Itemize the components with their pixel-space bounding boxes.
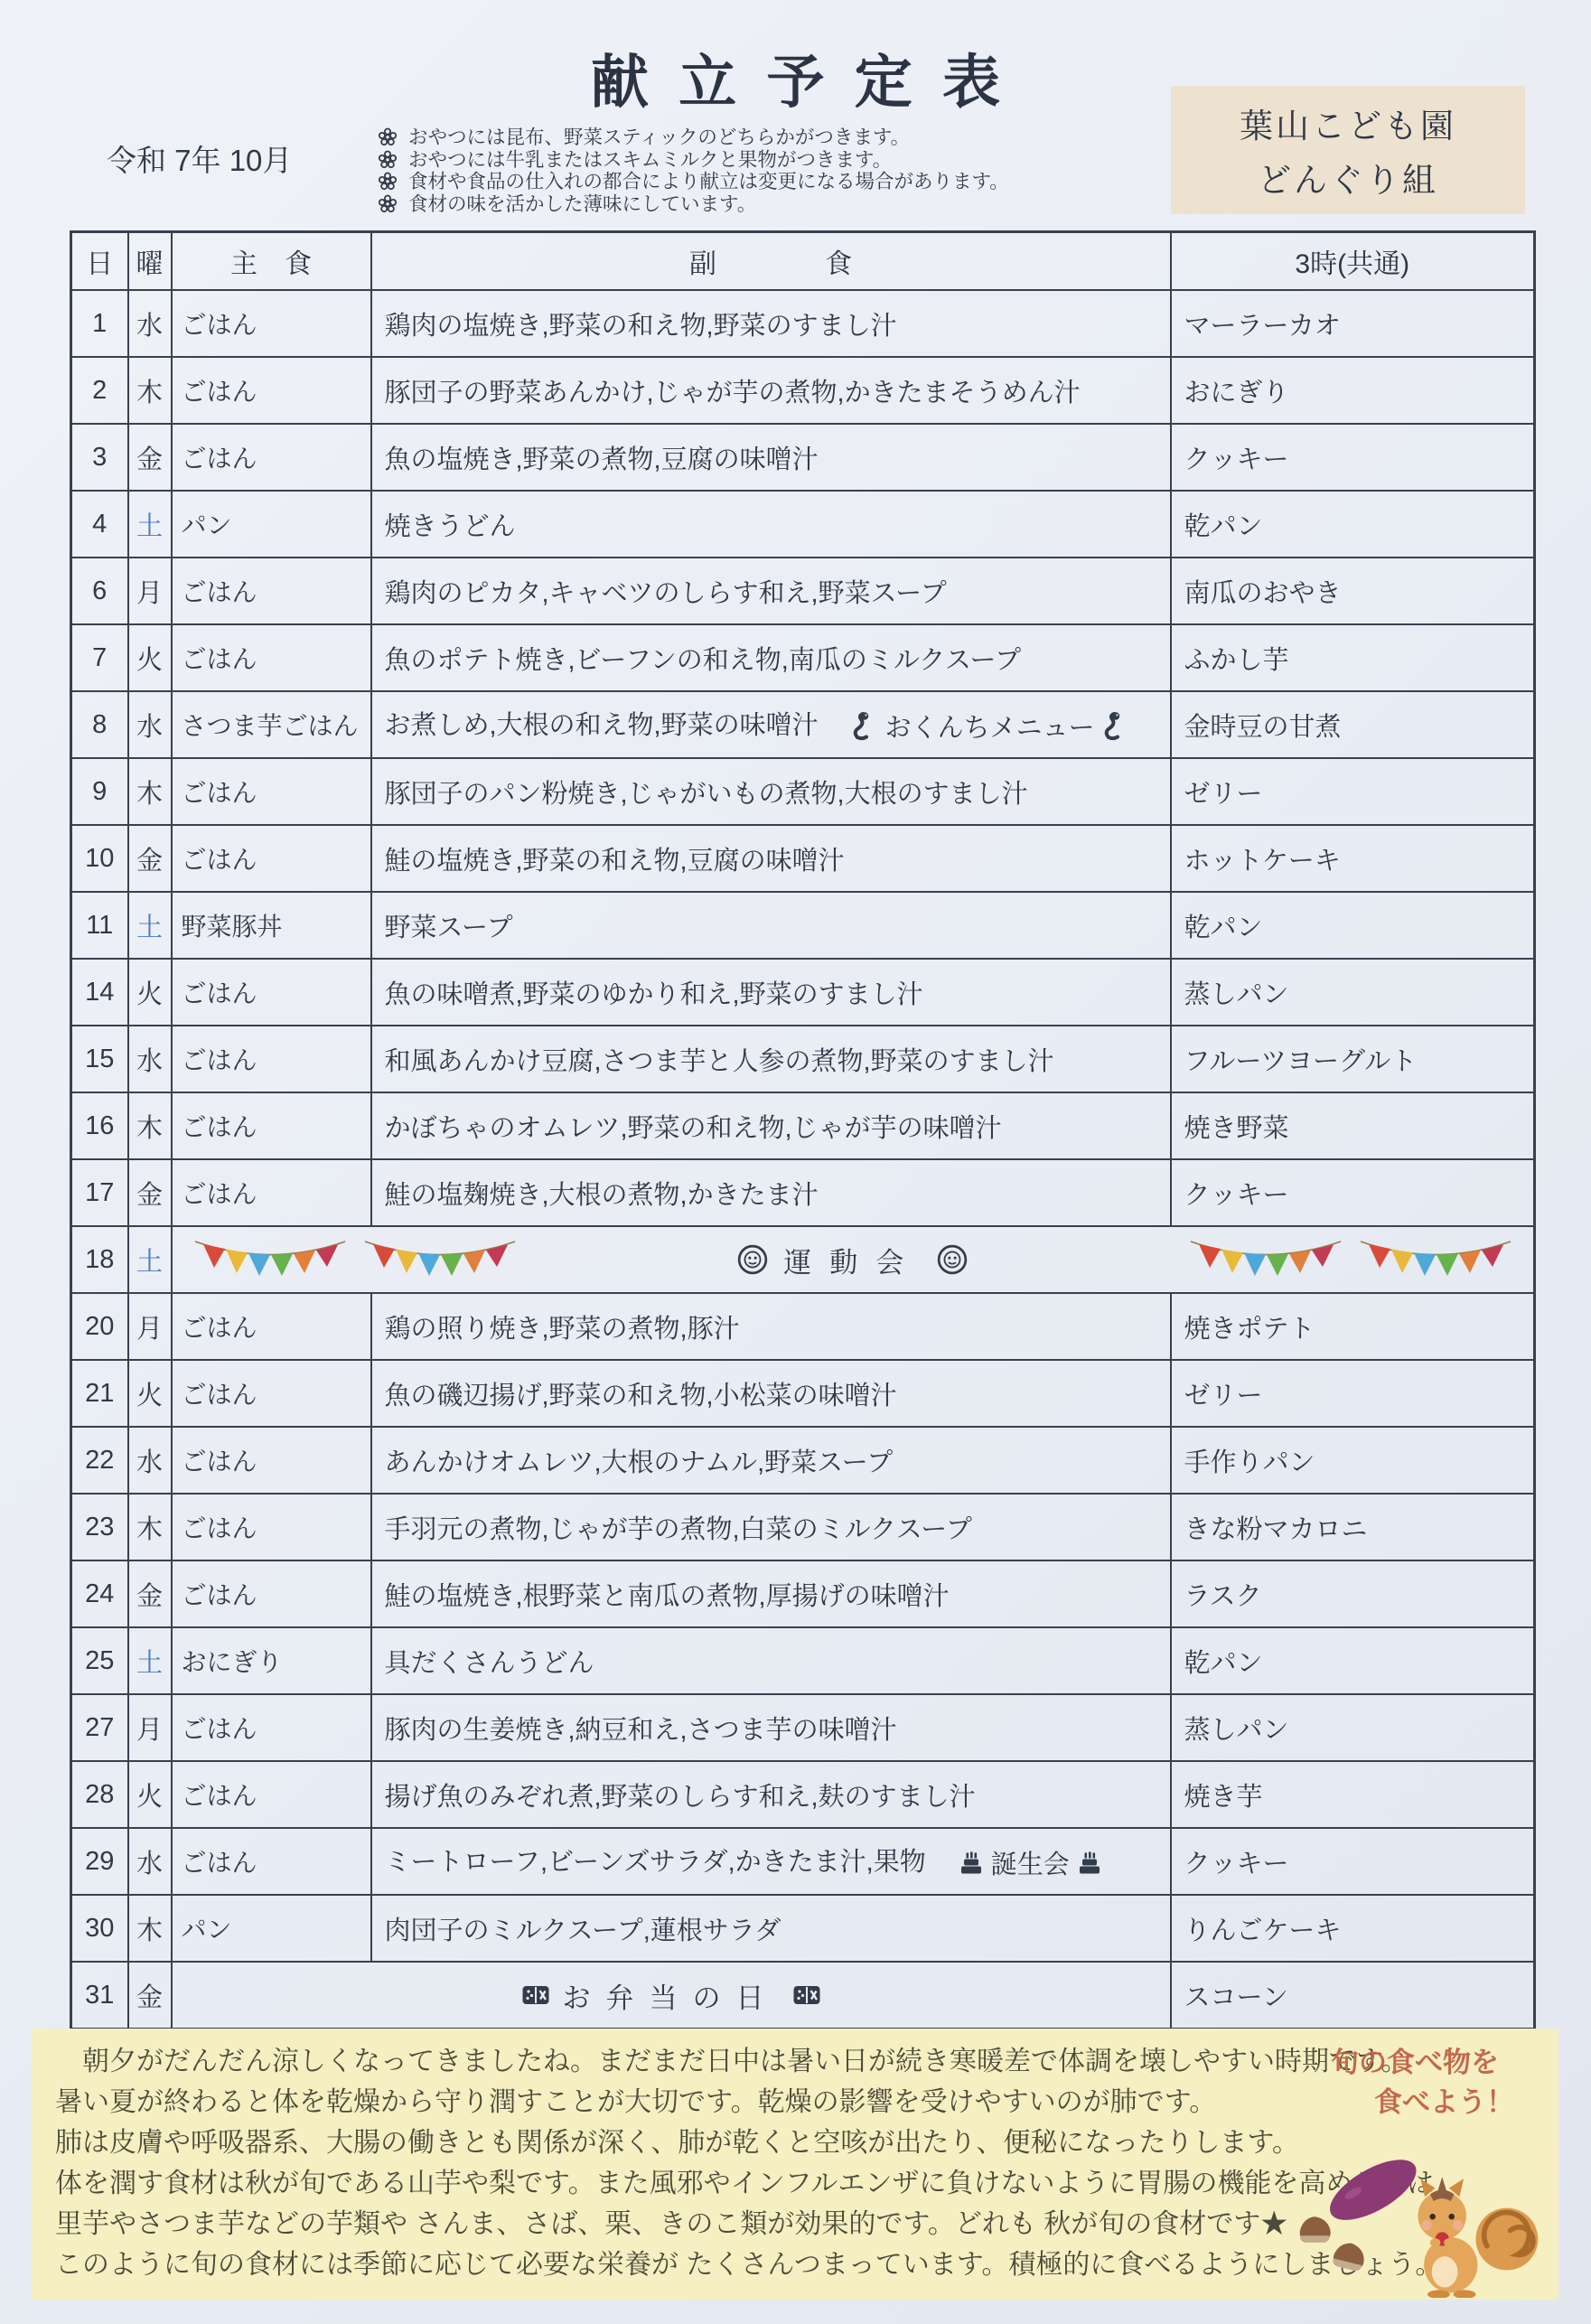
staple-cell: ごはん [172, 1560, 371, 1627]
weekday-cell: 木 [128, 357, 172, 424]
day-cell: 30 [71, 1895, 128, 1962]
table-row: 20月ごはん鶏の照り焼き,野菜の煮物,豚汁焼きポテト [71, 1293, 1535, 1360]
table-row: 21火ごはん魚の磯辺揚げ,野菜の和え物,小松菜の味噌汁ゼリー [71, 1360, 1535, 1427]
footer-line: 朝夕がだんだん涼しくなってきましたね。まだまだ日中は暑い日が続き寒暖差で体調を壊… [55, 2041, 1442, 2082]
menu-table: 日 曜 主 食 副 食 3時(共通) 1水ごはん鶏肉の塩焼き,野菜の和え物,野菜… [70, 230, 1536, 2030]
snack-cell: ラスク [1171, 1560, 1535, 1627]
snack-cell: クッキー [1171, 1828, 1535, 1895]
day-cell: 22 [71, 1427, 128, 1494]
table-row: 18土運動会 [71, 1226, 1535, 1293]
weekday-cell: 金 [128, 825, 172, 892]
weekday-cell: 木 [128, 758, 172, 825]
footer-line: 暑い夏が終わると体を乾燥から守り潤すことが大切です。乾燥の影響を受けやすいのが肺… [55, 2082, 1442, 2123]
table-row: 22水ごはんあんかけオムレツ,大根のナムル,野菜スープ手作りパン [71, 1427, 1535, 1494]
day-cell: 7 [71, 624, 128, 691]
side-text: 豚団子の野菜あんかけ,じゃが芋の煮物,かきたまそうめん汁 [385, 379, 1081, 408]
snack-cell: きな粉マカロニ [1171, 1494, 1535, 1560]
weekday-cell: 火 [128, 959, 172, 1026]
side-cell: お煮しめ,大根の和え物,野菜の味噌汁おくんちメニュー [371, 691, 1171, 758]
side-text: 野菜スープ [385, 914, 513, 942]
side-text: 魚のポテト焼き,ビーフンの和え物,南瓜のミルクスープ [385, 646, 1022, 675]
table-row: 4土パン焼きうどん乾パン [71, 491, 1535, 558]
table-row: 29水ごはんミートローフ,ビーンズサラダ,かきたま汁,果物誕生会クッキー [71, 1828, 1535, 1895]
snack-cell: 焼きポテト [1171, 1293, 1535, 1360]
staple-cell: ごはん [172, 825, 371, 892]
seasonal-callout: 旬の食べ物を 食べよう！ [1331, 2043, 1514, 2123]
autumn-illustration [1268, 2142, 1548, 2298]
flower-icon [378, 172, 398, 192]
snack-cell: ゼリー [1171, 1360, 1535, 1427]
table-row: 6月ごはん鶏肉のピカタ,キャベツのしらす和え,野菜スープ南瓜のおやき [71, 558, 1535, 624]
table-row: 10金ごはん鮭の塩焼き,野菜の和え物,豆腐の味噌汁ホットケーキ [71, 825, 1535, 892]
side-text: 鶏肉の塩焼き,野菜の和え物,野菜のすまし汁 [385, 312, 897, 341]
side-cell: 揚げ魚のみぞれ煮,野菜のしらす和え,麸のすまし汁 [371, 1761, 1171, 1828]
footer-line: 肺は皮膚や呼吸器系、大腸の働きとも関係が深く、肺が乾くと空咳が出たり、便秘になっ… [55, 2123, 1442, 2163]
staple-cell: ごはん [172, 959, 371, 1026]
day-cell: 16 [71, 1092, 128, 1159]
table-row: 27月ごはん豚肉の生姜焼き,納豆和え,さつま芋の味噌汁蒸しパン [71, 1694, 1535, 1761]
squirrel-illustration [1418, 2177, 1538, 2298]
header-row: 日 曜 主 食 副 食 3時(共通) [71, 232, 1535, 291]
menu-sheet: 献立予定表 令和 7年 10月 おやつには昆布、野菜スティックのどちらかがつきま… [0, 0, 1591, 2324]
snack-cell: 蒸しパン [1171, 1694, 1535, 1761]
staple-cell: ごはん [172, 758, 371, 825]
weekday-cell: 火 [128, 1761, 172, 1828]
day-cell: 3 [71, 424, 128, 491]
weekday-cell: 土 [128, 491, 172, 558]
side-cell: かぼちゃのオムレツ,野菜の和え物,じゃが芋の味噌汁 [371, 1092, 1171, 1159]
autumn-illustration [1268, 2142, 1548, 2298]
staple-cell: ごはん [172, 1360, 371, 1427]
note-item: 食材や食品の仕入れの都合により献立は変更になる場合があります。 [378, 171, 1009, 193]
table-row: 17金ごはん鮭の塩麹焼き,大根の煮物,かきたま汁クッキー [71, 1159, 1535, 1226]
day-cell: 29 [71, 1828, 128, 1895]
table-row: 31金お弁当の日スコーン [71, 1962, 1535, 2029]
day-cell: 9 [71, 758, 128, 825]
snack-cell: 乾パン [1171, 1627, 1535, 1694]
staple-cell: ごはん [172, 1092, 371, 1159]
birthday-cake-icon [1077, 1851, 1102, 1876]
sports-day-label: 運動会 [736, 1240, 969, 1280]
chestnut-illustration [1300, 2216, 1331, 2243]
event-text: 誕生会 [991, 1844, 1070, 1881]
side-cell: 魚の塩焼き,野菜の煮物,豆腐の味噌汁 [371, 424, 1171, 491]
snack-cell: 金時豆の甘煮 [1171, 691, 1535, 758]
table-row: 3金ごはん魚の塩焼き,野菜の煮物,豆腐の味噌汁クッキー [71, 424, 1535, 491]
sports-day-cell: 運動会 [172, 1226, 1535, 1293]
staple-cell: ごはん [172, 1026, 371, 1092]
table-row: 16木ごはんかぼちゃのオムレツ,野菜の和え物,じゃが芋の味噌汁焼き野菜 [71, 1092, 1535, 1159]
weekday-cell: 水 [128, 1026, 172, 1092]
side-cell: 鶏肉の塩焼き,野菜の和え物,野菜のすまし汁 [371, 290, 1171, 357]
weekday-cell: 月 [128, 558, 172, 624]
header-snack: 3時(共通) [1171, 232, 1535, 291]
side-text: 肉団子のミルクスープ,蓮根サラダ [385, 1916, 781, 1945]
table-row: 14火ごはん魚の味噌煮,野菜のゆかり和え,野菜のすまし汁蒸しパン [71, 959, 1535, 1026]
side-text: 豚団子のパン粉焼き,じゃがいもの煮物,大根のすまし汁 [385, 780, 1028, 809]
bento-day-cell: お弁当の日 [172, 1962, 1171, 2029]
snack-cell: おにぎり [1171, 357, 1535, 424]
staple-cell: ごはん [172, 290, 371, 357]
header-staple: 主 食 [172, 232, 371, 291]
table-row: 11土野菜豚丼野菜スープ乾パン [71, 892, 1535, 959]
snack-cell: マーラーカオ [1171, 290, 1535, 357]
side-text: 揚げ魚のみぞれ煮,野菜のしらす和え,麸のすまし汁 [385, 1783, 976, 1812]
staple-cell: ごはん [172, 1293, 371, 1360]
day-cell: 21 [71, 1360, 128, 1427]
side-text: 手羽元の煮物,じゃが芋の煮物,白菜のミルクスープ [385, 1515, 972, 1544]
day-cell: 14 [71, 959, 128, 1026]
note-text: おやつには昆布、野菜スティックのどちらかがつきます。 [408, 127, 910, 149]
snack-cell: 乾パン [1171, 491, 1535, 558]
table-row: 9木ごはん豚団子のパン粉焼き,じゃがいもの煮物,大根のすまし汁ゼリー [71, 758, 1535, 825]
event-label: おくんちメニュー [851, 708, 1129, 745]
header-side: 副 食 [371, 232, 1171, 291]
snack-cell: 乾パン [1171, 892, 1535, 959]
note-text: 食材の味を活かした薄味にしています。 [408, 193, 756, 216]
callout-line1: 旬の食べ物を [1331, 2043, 1514, 2083]
garland-group-right [1188, 1237, 1513, 1282]
header-weekday: 曜 [128, 232, 172, 291]
weekday-cell: 火 [128, 624, 172, 691]
sports-badge-icon [936, 1243, 969, 1276]
snack-cell: 蒸しパン [1171, 959, 1535, 1026]
snack-cell: 焼き野菜 [1171, 1092, 1535, 1159]
table-row: 24金ごはん鮭の塩焼き,根野菜と南瓜の煮物,厚揚げの味噌汁ラスク [71, 1560, 1535, 1627]
day-cell: 6 [71, 558, 128, 624]
org-name: 葉山こども園 [1240, 98, 1456, 147]
bento-box-icon [521, 1983, 550, 2007]
day-cell: 1 [71, 290, 128, 357]
footer-line: このように旬の食材には季節に応じて必要な栄養が たくさんつまっています。積極的に… [55, 2244, 1442, 2285]
date-label: 令和 7年 10月 [107, 137, 292, 180]
staple-cell: ごはん [172, 1159, 371, 1226]
side-cell: 手羽元の煮物,じゃが芋の煮物,白菜のミルクスープ [371, 1494, 1171, 1560]
weekday-cell: 金 [128, 1962, 172, 2029]
weekday-cell: 土 [128, 892, 172, 959]
side-cell: 魚のポテト焼き,ビーフンの和え物,南瓜のミルクスープ [371, 624, 1171, 691]
bento-day-text: お弁当の日 [563, 1975, 780, 2016]
weekday-cell: 水 [128, 1427, 172, 1494]
flower-icon [378, 150, 398, 170]
table-row: 2木ごはん豚団子の野菜あんかけ,じゃが芋の煮物,かきたまそうめん汁おにぎり [71, 357, 1535, 424]
day-cell: 28 [71, 1761, 128, 1828]
staple-cell: 野菜豚丼 [172, 892, 371, 959]
staple-cell: おにぎり [172, 1627, 371, 1694]
side-text: 具だくさんうどん [385, 1649, 594, 1678]
bunting-garland-icon [1188, 1237, 1343, 1282]
staple-cell: パン [172, 491, 371, 558]
side-text: かぼちゃのオムレツ,野菜の和え物,じゃが芋の味噌汁 [385, 1114, 1002, 1143]
org-box: 葉山こども園 どんぐり組 [1171, 86, 1525, 214]
side-text: 魚の塩焼き,野菜の煮物,豆腐の味噌汁 [385, 445, 819, 474]
side-cell: 肉団子のミルクスープ,蓮根サラダ [371, 1895, 1171, 1962]
side-text: 鶏肉のピカタ,キャベツのしらす和え,野菜スープ [385, 579, 947, 608]
table-row: 8水さつま芋ごはんお煮しめ,大根の和え物,野菜の味噌汁おくんちメニュー金時豆の甘… [71, 691, 1535, 758]
side-cell: ミートローフ,ビーンズサラダ,かきたま汁,果物誕生会 [371, 1828, 1171, 1895]
staple-cell: ごはん [172, 624, 371, 691]
weekday-cell: 水 [128, 1828, 172, 1895]
footer-line: 里芋やさつま芋などの芋類や さんま、さば、栗、きのこ類が効果的です。どれも 秋が… [55, 2204, 1442, 2244]
table-row: 1水ごはん鶏肉の塩焼き,野菜の和え物,野菜のすまし汁マーラーカオ [71, 290, 1535, 357]
side-cell: 鶏肉のピカタ,キャベツのしらす和え,野菜スープ [371, 558, 1171, 624]
sports-badge-icon [736, 1243, 769, 1276]
staple-cell: ごはん [172, 1494, 371, 1560]
snack-cell: クッキー [1171, 1159, 1535, 1226]
garland-group-left [192, 1237, 518, 1282]
weekday-cell: 金 [128, 424, 172, 491]
snack-cell: フルーツヨーグルト [1171, 1026, 1535, 1092]
side-cell: 魚の磯辺揚げ,野菜の和え物,小松菜の味噌汁 [371, 1360, 1171, 1427]
staple-cell: ごはん [172, 1761, 371, 1828]
side-cell: 鮭の塩麹焼き,大根の煮物,かきたま汁 [371, 1159, 1171, 1226]
note-item: 食材の味を活かした薄味にしています。 [378, 193, 1009, 216]
weekday-cell: 月 [128, 1694, 172, 1761]
day-cell: 25 [71, 1627, 128, 1694]
snack-cell: 焼き芋 [1171, 1761, 1535, 1828]
snack-cell: ゼリー [1171, 758, 1535, 825]
day-cell: 23 [71, 1494, 128, 1560]
bento-day-inner: お弁当の日 [192, 1975, 1150, 2016]
staple-cell: ごはん [172, 357, 371, 424]
event-label: 誕生会 [959, 1844, 1102, 1881]
weekday-cell: 土 [128, 1226, 172, 1293]
snack-cell: クッキー [1171, 424, 1535, 491]
staple-cell: ごはん [172, 558, 371, 624]
notes-list: おやつには昆布、野菜スティックのどちらかがつきます。おやつには牛乳またはスキムミ… [378, 127, 1009, 215]
weekday-cell: 月 [128, 1293, 172, 1360]
weekday-cell: 水 [128, 691, 172, 758]
side-text: 魚の味噌煮,野菜のゆかり和え,野菜のすまし汁 [385, 980, 923, 1009]
side-text: 焼きうどん [385, 512, 516, 541]
snack-cell: りんごケーキ [1171, 1895, 1535, 1962]
table-row: 15水ごはん和風あんかけ豆腐,さつま芋と人参の煮物,野菜のすまし汁フルーツヨーグ… [71, 1026, 1535, 1092]
table-row: 23木ごはん手羽元の煮物,じゃが芋の煮物,白菜のミルクスープきな粉マカロニ [71, 1494, 1535, 1560]
side-cell: あんかけオムレツ,大根のナムル,野菜スープ [371, 1427, 1171, 1494]
day-cell: 18 [71, 1226, 128, 1293]
side-text: 魚の磯辺揚げ,野菜の和え物,小松菜の味噌汁 [385, 1382, 897, 1410]
footer-line: 体を潤す食材は秋が旬である山芋や梨です。また風邪やインフルエンザに負けないように… [55, 2163, 1442, 2204]
note-text: おやつには牛乳またはスキムミルクと果物がつきます。 [408, 149, 892, 172]
snack-cell: ホットケーキ [1171, 825, 1535, 892]
side-text: 豚肉の生姜焼き,納豆和え,さつま芋の味噌汁 [385, 1716, 897, 1745]
day-cell: 4 [71, 491, 128, 558]
chestnut-illustration [1332, 2240, 1368, 2272]
weekday-cell: 金 [128, 1560, 172, 1627]
day-cell: 2 [71, 357, 128, 424]
table-row: 30木パン肉団子のミルクスープ,蓮根サラダりんごケーキ [71, 1895, 1535, 1962]
day-cell: 31 [71, 1962, 128, 2029]
event-text: おくんちメニュー [885, 708, 1095, 745]
footer-paragraph: 朝夕がだんだん涼しくなってきましたね。まだまだ日中は暑い日が続き寒暖差で体調を壊… [55, 2041, 1442, 2285]
day-cell: 11 [71, 892, 128, 959]
bento-box-icon [792, 1983, 821, 2007]
callout-line2: 食べよう！ [1331, 2083, 1514, 2123]
day-cell: 15 [71, 1026, 128, 1092]
side-cell: 鮭の塩焼き,野菜の和え物,豆腐の味噌汁 [371, 825, 1171, 892]
day-cell: 10 [71, 825, 128, 892]
day-cell: 24 [71, 1560, 128, 1627]
table-row: 28火ごはん揚げ魚のみぞれ煮,野菜のしらす和え,麸のすまし汁焼き芋 [71, 1761, 1535, 1828]
header-day: 日 [71, 232, 128, 291]
sports-day-text: 運動会 [783, 1240, 922, 1280]
weekday-cell: 木 [128, 1494, 172, 1560]
side-text: 鶏の照り焼き,野菜の煮物,豚汁 [385, 1315, 740, 1344]
sports-day-inner: 運動会 [192, 1237, 1514, 1282]
staple-cell: ごはん [172, 1694, 371, 1761]
side-cell: 鶏の照り焼き,野菜の煮物,豚汁 [371, 1293, 1171, 1360]
side-cell: 豚肉の生姜焼き,納豆和え,さつま芋の味噌汁 [371, 1694, 1171, 1761]
weekday-cell: 火 [128, 1360, 172, 1427]
side-cell: 魚の味噌煮,野菜のゆかり和え,野菜のすまし汁 [371, 959, 1171, 1026]
snack-cell: スコーン [1171, 1962, 1535, 2029]
menu-rows: 1水ごはん鶏肉の塩焼き,野菜の和え物,野菜のすまし汁マーラーカオ2木ごはん豚団子… [71, 290, 1535, 2029]
snack-cell: 手作りパン [1171, 1427, 1535, 1494]
bunting-garland-icon [192, 1237, 348, 1282]
side-cell: 具だくさんうどん [371, 1627, 1171, 1694]
org-class: どんぐり組 [1258, 153, 1438, 201]
staple-cell: さつま芋ごはん [172, 691, 371, 758]
bunting-garland-icon [1358, 1237, 1513, 1282]
snack-cell: 南瓜のおやき [1171, 558, 1535, 624]
weekday-cell: 水 [128, 290, 172, 357]
staple-cell: ごはん [172, 424, 371, 491]
side-cell: 野菜スープ [371, 892, 1171, 959]
weekday-cell: 金 [128, 1159, 172, 1226]
side-text: 鮭の塩焼き,野菜の和え物,豆腐の味噌汁 [385, 847, 845, 876]
birthday-cake-icon [959, 1851, 984, 1876]
bunting-garland-icon [362, 1237, 518, 1282]
staple-cell: パン [172, 1895, 371, 1962]
side-cell: 焼きうどん [371, 491, 1171, 558]
side-text: あんかけオムレツ,大根のナムル,野菜スープ [385, 1448, 894, 1477]
side-cell: 豚団子のパン粉焼き,じゃがいもの煮物,大根のすまし汁 [371, 758, 1171, 825]
day-cell: 8 [71, 691, 128, 758]
side-cell: 豚団子の野菜あんかけ,じゃが芋の煮物,かきたまそうめん汁 [371, 357, 1171, 424]
side-text: 鮭の塩麹焼き,大根の煮物,かきたま汁 [385, 1181, 819, 1210]
day-cell: 17 [71, 1159, 128, 1226]
side-cell: 鮭の塩焼き,根野菜と南瓜の煮物,厚揚げの味噌汁 [371, 1560, 1171, 1627]
weekday-cell: 木 [128, 1092, 172, 1159]
flower-icon [378, 127, 398, 147]
day-cell: 27 [71, 1694, 128, 1761]
side-text: 鮭の塩焼き,根野菜と南瓜の煮物,厚揚げの味噌汁 [385, 1582, 950, 1611]
note-text: 食材や食品の仕入れの都合により献立は変更になる場合があります。 [408, 171, 1009, 193]
weekday-cell: 土 [128, 1627, 172, 1694]
table-row: 25土おにぎり具だくさんうどん乾パン [71, 1627, 1535, 1694]
note-item: おやつには昆布、野菜スティックのどちらかがつきます。 [378, 127, 1009, 149]
side-cell: 和風あんかけ豆腐,さつま芋と人参の煮物,野菜のすまし汁 [371, 1026, 1171, 1092]
snack-cell: ふかし芋 [1171, 624, 1535, 691]
table-row: 7火ごはん魚のポテト焼き,ビーフンの和え物,南瓜のミルクスープふかし芋 [71, 624, 1535, 691]
day-cell: 20 [71, 1293, 128, 1360]
side-text: ミートローフ,ビーンズサラダ,かきたま汁,果物 [385, 1848, 926, 1877]
footer-note: 朝夕がだんだん涼しくなってきましたね。まだまだ日中は暑い日が続き寒暖差で体調を壊… [32, 2029, 1558, 2300]
flower-icon [378, 194, 398, 214]
staple-cell: ごはん [172, 1427, 371, 1494]
weekday-cell: 木 [128, 1895, 172, 1962]
sweet-potato-illustration [1321, 2148, 1426, 2232]
kunchi-dragon-icon [851, 712, 878, 741]
staple-cell: ごはん [172, 1828, 371, 1895]
kunchi-dragon-icon [1102, 712, 1129, 741]
note-item: おやつには牛乳またはスキムミルクと果物がつきます。 [378, 149, 1009, 172]
side-text: 和風あんかけ豆腐,さつま芋と人参の煮物,野菜のすまし汁 [385, 1047, 1054, 1076]
side-text: お煮しめ,大根の和え物,野菜の味噌汁 [385, 711, 819, 740]
